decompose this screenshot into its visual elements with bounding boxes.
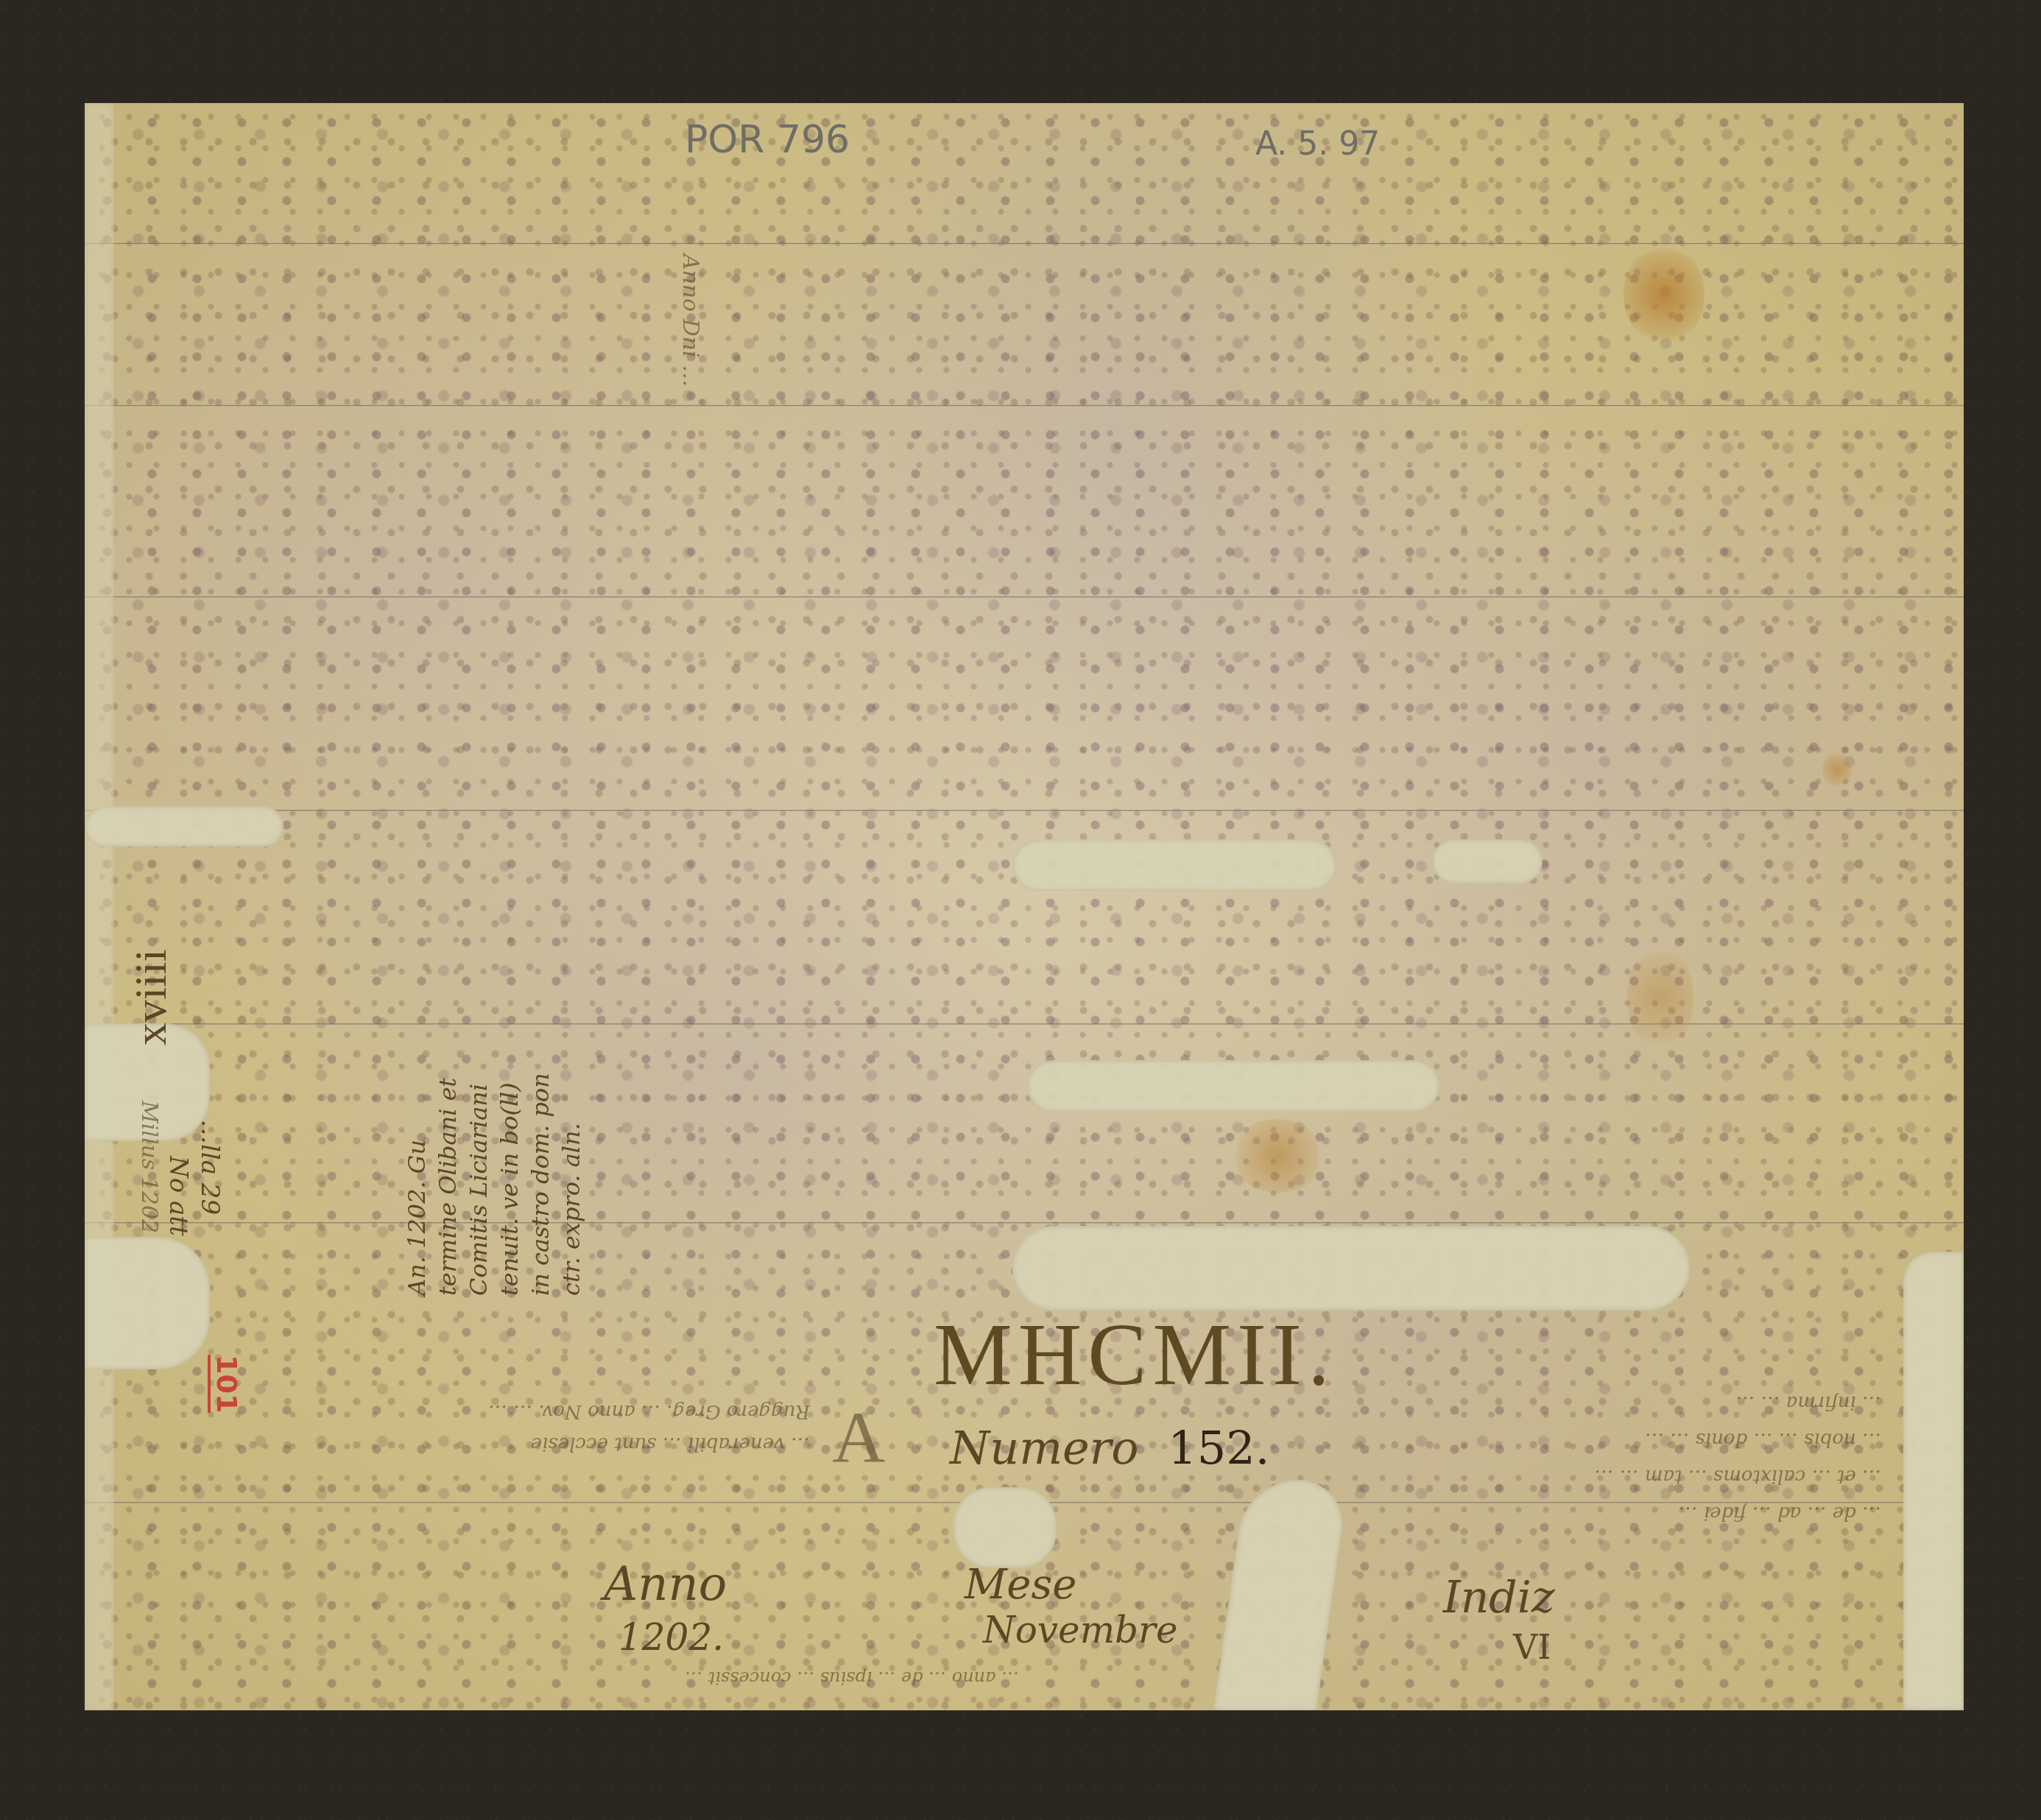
repair-patch: [1012, 1226, 1690, 1311]
anno-label: Anno: [604, 1561, 727, 1608]
mese-value: Novembre: [983, 1609, 1178, 1651]
fold-line: [85, 405, 1964, 407]
repair-patch: [85, 806, 283, 847]
inverted-line: … de … ad … fidei …: [1454, 1495, 1881, 1531]
summary-line: ctr. expro. aln.: [556, 1073, 587, 1296]
repair-patch: [85, 1237, 210, 1369]
indiz-label: Indiz: [1443, 1572, 1555, 1623]
numero-value: 152.: [1168, 1421, 1269, 1475]
repair-patch: [1432, 839, 1543, 883]
water-stain: [1627, 942, 1693, 1053]
inverted-line: … et … calixtoms … tam … …: [1454, 1458, 1881, 1495]
vertical-note-top: Anno Dni …: [677, 254, 703, 387]
inverted-notes-left: … venerabili … sunt ecclesie Ruggero Gre…: [339, 1395, 810, 1460]
water-stain: [1624, 243, 1705, 346]
mese-label: Mese: [965, 1561, 1076, 1609]
fold-line: [85, 1222, 1964, 1224]
numero-row: Numero 152.: [950, 1421, 1269, 1475]
summary-line: in castro dom. pon: [525, 1073, 556, 1296]
monogram: A: [832, 1395, 885, 1480]
inverted-bottom-line: … anno … de … ipsius … concessit …: [685, 1668, 1019, 1688]
left-margin-note-3: …lla 29: [195, 1119, 225, 1215]
anno-value: 1202.: [618, 1616, 724, 1659]
water-stain: [1230, 1119, 1325, 1193]
inverted-line: … nobis … … donis … …: [1454, 1421, 1881, 1458]
shelfmark-por: POR 796: [685, 118, 850, 162]
roman-year-heading: MHCMII.: [934, 1311, 1336, 1399]
repair-patch: [953, 1487, 1057, 1568]
summary-line: tenuit. ve in bo(ll): [494, 1073, 525, 1296]
repair-patch: [1027, 1060, 1439, 1112]
inverted-line: … venerabili … sunt ecclesie: [339, 1428, 810, 1460]
roman-count-note: xviiii: [125, 949, 177, 1045]
fold-line: [85, 810, 1964, 812]
summary-note: An. 1202. Gu termine Olibani et Comitis …: [401, 1073, 587, 1296]
summary-line: Comitis Liciariani: [463, 1073, 494, 1296]
inverted-notes-right: … de … ad … fidei … … et … calixtoms … t…: [1454, 1384, 1881, 1531]
water-stain: [1822, 751, 1852, 788]
summary-line: An. 1202. Gu: [401, 1073, 432, 1296]
repair-patch: [1903, 1252, 1964, 1710]
shelfmark-a597: A. 5. 97: [1255, 125, 1380, 163]
left-margin-note-1: Millus 1202: [136, 1101, 162, 1233]
repair-patch: [1012, 839, 1336, 891]
inverted-line: Ruggero Greg. … anno Nov. … …: [339, 1395, 810, 1428]
fold-line: [85, 243, 1964, 245]
fold-line: [85, 596, 1964, 599]
indiz-value: VI: [1513, 1627, 1551, 1667]
numero-label: Numero: [950, 1421, 1139, 1475]
inverted-line: … infirma … …: [1454, 1384, 1881, 1421]
summary-line: termine Olibani et: [432, 1073, 463, 1296]
left-margin-note-2: No att: [163, 1156, 193, 1236]
red-archive-stamp: 101: [208, 1355, 243, 1413]
left-edge-repair: [85, 103, 114, 1710]
